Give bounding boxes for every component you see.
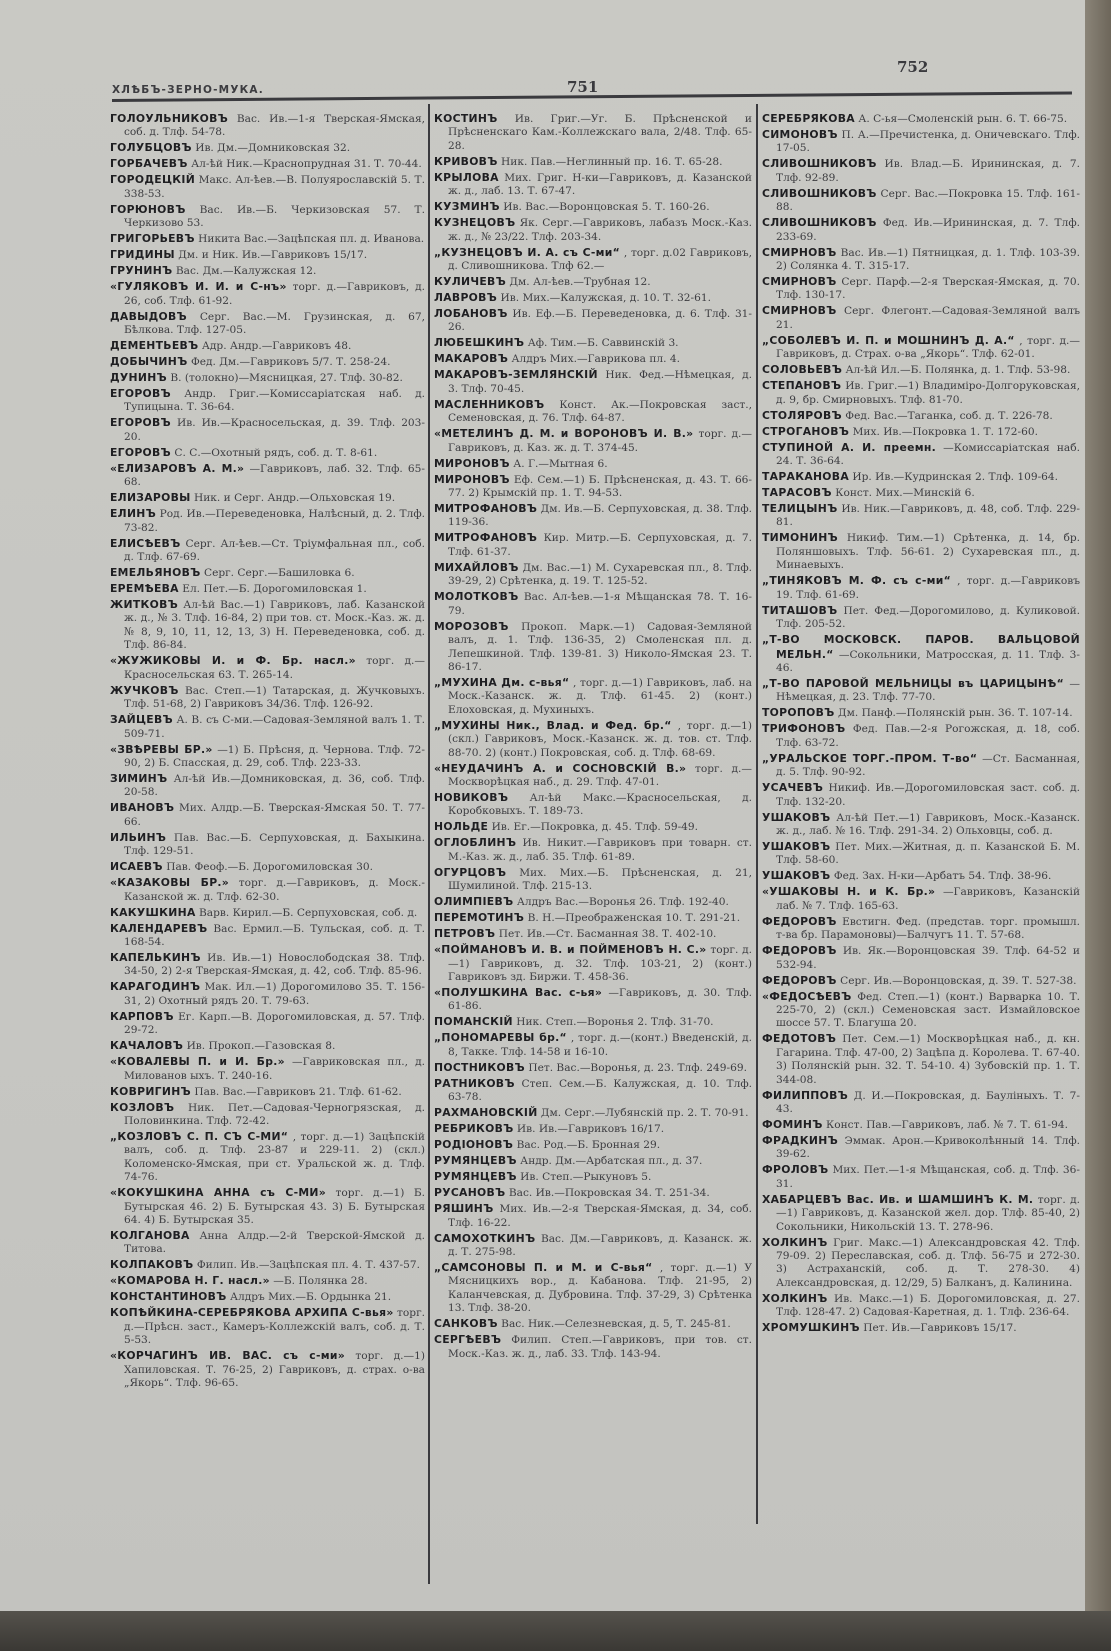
entry-name: ПОМАНСКІЙ: [434, 1015, 513, 1028]
entry-name: ЖУЧКОВЪ: [110, 684, 179, 697]
entry-details: Андр. Дм.—Арбатская пл., д. 37.: [520, 1155, 702, 1167]
entry-details: Ив. Ив.—Гавриковъ 16/17.: [517, 1123, 664, 1135]
entry-details: Ник. и Серг. Андр.—Ольховская 19.: [194, 492, 395, 504]
directory-entry: ПЕРЕМОТИНЪ В. Н.—Преображенская 10. Т. 2…: [434, 911, 752, 925]
directory-entry: УШАКОВЪ Ал-ѣй Пет.—1) Гавриковъ, Моск.-К…: [762, 811, 1080, 839]
entry-name: ГРИДИНЫ: [110, 248, 175, 261]
column-divider: [428, 104, 430, 1584]
entry-name: „ПОНОМАРЕВЫ бр.“: [434, 1031, 567, 1044]
page-number-right: 752: [897, 58, 928, 76]
entry-details: Род. Ив.—Переведеновка, Налѣсный, д. 2. …: [124, 508, 425, 533]
entry-name: НОВИКОВЪ: [434, 791, 508, 804]
entry-details: А. С-ья—Смоленскій рын. 6. Т. 66-75.: [858, 113, 1067, 125]
entry-details: Пав. Вас.—Б. Серпуховская, д. Бахыкина. …: [124, 832, 425, 857]
entry-name: МАКАРОВЪ-ЗЕМЛЯНСКІЙ: [434, 368, 598, 381]
page-number-left: 751: [567, 78, 598, 96]
directory-entry: ГРИГОРЬЕВЪ Никита Вас.—Зацѣпская пл. д. …: [110, 232, 425, 246]
directory-entry: МИТРОФАНОВЪ Дм. Ив.—Б. Серпуховская, д. …: [434, 502, 752, 530]
directory-entry: КУЗНЕЦОВЪ Як. Серг.—Гавриковъ, лабазъ Мо…: [434, 216, 752, 244]
entry-name: ОЛИМПІЕВЪ: [434, 895, 513, 908]
entry-name: ТАРАСОВЪ: [762, 486, 832, 499]
entry-name: СТОЛЯРОВЪ: [762, 409, 842, 422]
entry-name: ЛОБАНОВЪ: [434, 307, 508, 320]
directory-entry: „КУЗНЕЦОВЪ И. А. съ С-ми“ , торг. д.02 Г…: [434, 246, 752, 274]
directory-entry: ОГЛОБЛИНЪ Ив. Никит.—Гавриковъ при товар…: [434, 836, 752, 864]
entry-name: ГОРБАЧЕВЪ: [110, 157, 188, 170]
entry-name: МИТРОФАНОВЪ: [434, 502, 537, 515]
directory-entry: ЕЛИСѢЕВЪ Серг. Ал-ѣев.—Ст. Тріумфальная …: [110, 537, 425, 565]
directory-entry: ГРУНИНЪ Вас. Дм.—Калужская 12.: [110, 264, 425, 278]
directory-entry: „Т-ВО ПАРОВОЙ МЕЛЬНИЦЫ въ ЦАРИЦЫНѢ“ —Нѣм…: [762, 677, 1080, 705]
entry-name: КАПЕЛЬКИНЪ: [110, 951, 201, 964]
directory-entry: «МЕТЕЛИНЪ Д. М. и ВОРОНОВЪ И. В.» торг. …: [434, 427, 752, 455]
directory-entry: КУЗМИНЪ Ив. Вас.—Воронцовская 5. Т. 160-…: [434, 200, 752, 214]
entry-name: СТУПИНОЙ А. И. преемн.: [762, 441, 936, 454]
directory-entry: ГРИДИНЫ Дм. и Ник. Ив.—Гавриковъ 15/17.: [110, 248, 425, 262]
entry-name: «КОМАРОВА Н. Г. насл.»: [110, 1274, 270, 1287]
directory-entry: УШАКОВЪ Пет. Мих.—Житная, д. п. Казанско…: [762, 840, 1080, 868]
directory-column-2: КОСТИНЪ Ив. Григ.—Уг. Б. Прѣсненской и П…: [434, 112, 752, 1592]
entry-name: КАЧАЛОВЪ: [110, 1039, 183, 1052]
entry-details: Вас. Ник.—Селезневская, д. 5, Т. 245-81.: [501, 1318, 731, 1330]
entry-name: СОЛОВЬЕВЪ: [762, 363, 842, 376]
entry-name: САНКОВЪ: [434, 1317, 498, 1330]
entry-details: Ив. Дм.—Домниковская 32.: [195, 142, 350, 154]
entry-name: „МУХИНЫ Ник., Влад. и Фед. бр.“: [434, 719, 672, 732]
directory-entry: „ТИНЯКОВЪ М. Ф. съ с-ми“ , торг. д.—Гавр…: [762, 574, 1080, 602]
entry-name: ХАБАРЦЕВЪ Вас. Ив. и ШАМШИНЪ К. М.: [762, 1193, 1033, 1206]
entry-details: Ник. Пав.—Неглинный пр. 16. Т. 65-28.: [501, 156, 722, 168]
directory-entry: ФЕДОРОВЪ Ив. Як.—Воронцовская 39. Тлф. 6…: [762, 944, 1080, 972]
entry-name: СМИРНОВЪ: [762, 246, 837, 259]
entry-name: КОЗЛОВЪ: [110, 1101, 174, 1114]
entry-details: Конст. Мих.—Минскій 6.: [835, 487, 974, 499]
entry-name: ПЕРЕМОТИНЪ: [434, 911, 524, 924]
entry-name: «ФЕДОСѢЕВЪ: [762, 990, 852, 1003]
directory-entry: СОЛОВЬЕВЪ Ал-ѣй Ил.—Б. Полянка, д. 1. Тл…: [762, 363, 1080, 377]
entry-name: ТЕЛИЦЫНЪ: [762, 502, 838, 515]
entry-name: ХОЛКИНЪ: [762, 1236, 828, 1249]
directory-entry: КОВРИГИНЪ Пав. Вас.—Гавриковъ 21. Тлф. 6…: [110, 1085, 425, 1099]
directory-entry: МОЛОТКОВЪ Вас. Ал-ѣев.—1-я Мѣщанская 78.…: [434, 590, 752, 618]
directory-entry: ЛЮБЕШКИНЪ Аф. Тим.—Б. Саввинскій 3.: [434, 336, 752, 350]
directory-column-1: ГОЛОУЛЬНИКОВЪ Вас. Ив.—1-я Тверская-Ямск…: [110, 112, 425, 1592]
entry-name: ПЕТРОВЪ: [434, 927, 495, 940]
directory-entry: ФЕДОТОВЪ Пет. Сем.—1) Москворѣцкая наб.,…: [762, 1032, 1080, 1087]
directory-entry: ЖУЧКОВЪ Вас. Степ.—1) Татарская, д. Жучк…: [110, 684, 425, 712]
entry-name: ФИЛИППОВЪ: [762, 1089, 848, 1102]
entry-details: Ив. Прокоп.—Газовская 8.: [187, 1040, 336, 1052]
directory-entry: «КОМАРОВА Н. Г. насл.» —Б. Полянка 28.: [110, 1274, 425, 1288]
directory-entry: ГОЛУБЦОВЪ Ив. Дм.—Домниковская 32.: [110, 141, 425, 155]
directory-entry: УСАЧЕВЪ Никиф. Ив.—Дорогомиловская заст.…: [762, 781, 1080, 809]
entry-name: «ГУЛЯКОВЪ И. И. и С-нъ»: [110, 280, 287, 293]
entry-name: ФЕДОРОВЪ: [762, 915, 837, 928]
entry-name: КОНСТАНТИНОВЪ: [110, 1290, 227, 1303]
entry-name: КОСТИНЪ: [434, 112, 498, 125]
entry-details: В. Н.—Преображенская 10. Т. 291-21.: [528, 912, 741, 924]
directory-entry: МИТРОФАНОВЪ Кир. Митр.—Б. Серпуховская, …: [434, 531, 752, 559]
entry-name: ИЛЬИНЪ: [110, 831, 166, 844]
directory-entry: САНКОВЪ Вас. Ник.—Селезневская, д. 5, Т.…: [434, 1317, 752, 1331]
directory-entry: КОЗЛОВЪ Ник. Пет.—Садовая-Черногрязская,…: [110, 1101, 425, 1129]
directory-entry: КОСТИНЪ Ив. Григ.—Уг. Б. Прѣсненской и П…: [434, 112, 752, 153]
entry-name: УСАЧЕВЪ: [762, 781, 823, 794]
entry-name: ЗАЙЦЕВЪ: [110, 713, 173, 726]
entry-details: Алдръ Мих.—Б. Ордынка 21.: [230, 1291, 391, 1303]
directory-entry: СМИРНОВЪ Вас. Ив.—1) Пятницкая, д. 1. Тл…: [762, 246, 1080, 274]
entry-details: Ив. Мих.—Калужская, д. 10. Т. 32-61.: [501, 292, 711, 304]
entry-details: Филип. Ив.—Зацѣпская пл. 4. Т. 437-57.: [197, 1259, 420, 1271]
directory-entry: МОРОЗОВЪ Прокоп. Марк.—1) Садовая-Землян…: [434, 620, 752, 675]
entry-name: „САМСОНОВЫ П. и М. и С-вья“: [434, 1261, 653, 1274]
directory-entry: РЕБРИКОВЪ Ив. Ив.—Гавриковъ 16/17.: [434, 1122, 752, 1136]
directory-entry: „ПОНОМАРЕВЫ бр.“ , торг. д.—(конт.) Введ…: [434, 1031, 752, 1059]
directory-entry: КРИВОВЪ Ник. Пав.—Неглинный пр. 16. Т. 6…: [434, 155, 752, 169]
entry-name: КАЛЕНДАРЕВЪ: [110, 922, 208, 935]
entry-name: ХРОМУШКИНЪ: [762, 1321, 860, 1334]
entry-name: ГРИГОРЬЕВЪ: [110, 232, 195, 245]
directory-entry: МАКАРОВЪ-ЗЕМЛЯНСКІЙ Ник. Фед.—Нѣмецкая, …: [434, 368, 752, 396]
entry-details: Ив. Ег.—Покровка, д. 45. Тлф. 59-49.: [492, 821, 698, 833]
directory-entry: МИРОНОВЪ Еф. Сем.—1) Б. Прѣсненская, д. …: [434, 473, 752, 501]
directory-entry: «ПОЙМАНОВЪ И. В. и ПОЙМЕНОВЪ Н. С.» торг…: [434, 943, 752, 984]
entry-name: МИРОНОВЪ: [434, 473, 510, 486]
entry-name: РУСАНОВЪ: [434, 1186, 506, 1199]
entry-details: В. (толокно)—Мясницкая, 27. Тлф. 30-82.: [170, 372, 402, 384]
entry-name: ИСАЕВЪ: [110, 860, 163, 873]
directory-entry: ТРИФОНОВЪ Фед. Пав.—2-я Рогожская, д. 18…: [762, 722, 1080, 750]
entry-details: Ел. Пет.—Б. Дорогомиловская 1.: [182, 583, 367, 595]
entry-details: Варв. Кирил.—Б. Серпуховская, соб. д.: [199, 907, 417, 919]
directory-entry: СТРОГАНОВЪ Мих. Ив.—Покровка 1. Т. 172-6…: [762, 425, 1080, 439]
entry-details: Мих. Ив.—Покровка 1. Т. 172-60.: [853, 426, 1038, 438]
directory-entry: КОЛГАНОВА Анна Алдр.—2-й Тверской-Ямской…: [110, 1229, 425, 1257]
entry-name: РЯШИНЪ: [434, 1202, 494, 1215]
directory-entry: ХОЛКИНЪ Григ. Макс.—1) Александровская 4…: [762, 1236, 1080, 1291]
entry-details: Никита Вас.—Зацѣпская пл. д. Иванова.: [198, 233, 424, 245]
entry-name: КОВРИГИНЪ: [110, 1085, 191, 1098]
entry-name: РУМЯНЦЕВЪ: [434, 1170, 517, 1183]
directory-entry: ЛОБАНОВЪ Ив. Еф.—Б. Переведеновка, д. 6.…: [434, 307, 752, 335]
entry-details: Пет. Ив.—Гавриковъ 15/17.: [863, 1322, 1016, 1334]
entry-name: ХОЛКИНЪ: [762, 1292, 828, 1305]
directory-entry: «ПОЛУШКИНА Вас. с-ья» —Гавриковъ, д. 30.…: [434, 986, 752, 1014]
directory-entry: ТАРАКАНОВА Ир. Ив.—Кудринская 2. Тлф. 10…: [762, 470, 1080, 484]
entry-name: КАРПОВЪ: [110, 1010, 174, 1023]
entry-name: ФОМИНЪ: [762, 1118, 823, 1131]
directory-entry: РЯШИНЪ Мих. Ив.—2-я Тверская-Ямская, д. …: [434, 1202, 752, 1230]
entry-name: ТОРОПОВЪ: [762, 706, 835, 719]
directory-entry: ЕЛИЗАРОВЫ Ник. и Серг. Андр.—Ольховская …: [110, 491, 425, 505]
directory-entry: „МУХИНЫ Ник., Влад. и Фед. бр.“ , торг. …: [434, 719, 752, 760]
entry-name: ГОЛОУЛЬНИКОВЪ: [110, 112, 228, 125]
directory-entry: ИЛЬИНЪ Пав. Вас.—Б. Серпуховская, д. Бах…: [110, 831, 425, 859]
directory-entry: «КОКУШКИНА АННА съ С-МИ» торг. д.—1) Б. …: [110, 1186, 425, 1227]
directory-entry: ХОЛКИНЪ Ив. Макс.—1) Б. Дорогомиловская,…: [762, 1292, 1080, 1320]
entry-name: ЕЛИСѢЕВЪ: [110, 537, 181, 550]
directory-entry: ДОБЫЧИНЪ Фед. Дм.—Гавриковъ 5/7. Т. 258-…: [110, 355, 425, 369]
entry-name: ДУНИНЪ: [110, 371, 167, 384]
directory-entry: ЗАЙЦЕВЪ А. В. съ С-ми.—Садовая-Земляной …: [110, 713, 425, 741]
directory-entry: ГОРЮНОВЪ Вас. Ив.—Б. Черкизовская 57. Т.…: [110, 203, 425, 231]
directory-entry: СЛИВОШНИКОВЪ Серг. Вас.—Покровка 15. Тлф…: [762, 187, 1080, 215]
entry-name: «ПОЛУШКИНА Вас. с-ья»: [434, 986, 602, 999]
directory-entry: „УРАЛЬСКОЕ ТОРГ.-ПРОМ. Т-во“ —Ст. Басман…: [762, 752, 1080, 780]
entry-name: „КУЗНЕЦОВЪ И. А. съ С-ми“: [434, 246, 620, 259]
entry-details: Ник. Степ.—Воронья 2. Тлф. 31-70.: [516, 1016, 713, 1028]
entry-name: УШАКОВЪ: [762, 840, 831, 853]
entry-name: ЕРЕМѢЕВА: [110, 582, 179, 595]
entry-details: Дм. Ал-ѣев.—Трубная 12.: [509, 276, 650, 288]
directory-entry: УШАКОВЪ Фед. Зах. Н-ки—Арбатъ 54. Тлф. 3…: [762, 869, 1080, 883]
entry-name: «ЕЛИЗАРОВЪ А. М.»: [110, 462, 244, 475]
entry-name: ЕМЕЛЬЯНОВЪ: [110, 566, 201, 579]
entry-name: КРЫЛОВА: [434, 171, 499, 184]
directory-entry: ОГУРЦОВЪ Мих. Мих.—Б. Прѣсненская, д. 21…: [434, 866, 752, 894]
directory-entry: ФЕДОРОВЪ Серг. Ив.—Воронцовская, д. 39. …: [762, 974, 1080, 988]
directory-entry: СМИРНОВЪ Серг. Флегонт.—Садовая-Земляной…: [762, 304, 1080, 332]
entry-name: «УШАКОВЫ Н. и К. Бр.»: [762, 885, 935, 898]
entry-name: «ЗВѢРЕВЫ БР.»: [110, 743, 213, 756]
directory-entry: САМОХОТКИНЪ Вас. Дм.—Гавриковъ, д. Казан…: [434, 1232, 752, 1260]
entry-name: „УРАЛЬСКОЕ ТОРГ.-ПРОМ. Т-во“: [762, 752, 977, 765]
directory-entry: КРЫЛОВА Мих. Григ. Н-ки—Гавриковъ, д. Ка…: [434, 171, 752, 199]
entry-name: «КОВАЛЕВЫ П. и И. Бр.»: [110, 1055, 285, 1068]
directory-entry: ДЕМЕНТЬЕВЪ Адр. Андр.—Гавриковъ 48.: [110, 339, 425, 353]
directory-entry: «ЕЛИЗАРОВЪ А. М.» —Гавриковъ, лаб. 32. Т…: [110, 462, 425, 490]
directory-entry: ФЕДОРОВЪ Евстигн. Фед. (представ. торг. …: [762, 915, 1080, 943]
entry-name: ЛЮБЕШКИНЪ: [434, 336, 524, 349]
entry-name: «ПОЙМАНОВЪ И. В. и ПОЙМЕНОВЪ Н. С.»: [434, 943, 707, 956]
entry-name: ЕГОРОВЪ: [110, 416, 171, 429]
entry-name: КРИВОВЪ: [434, 155, 498, 168]
directory-entry: ЕГОРОВЪ С. С.—Охотный рядъ, соб. д. Т. 8…: [110, 446, 425, 460]
entry-details: Алдръ Вас.—Воронья 26. Тлф. 192-40.: [517, 896, 729, 908]
directory-entry: КОЛПАКОВЪ Филип. Ив.—Зацѣпская пл. 4. Т.…: [110, 1258, 425, 1272]
entry-name: СИМОНОВЪ: [762, 128, 838, 141]
entry-name: СЕРГѢЕВЪ: [434, 1333, 501, 1346]
directory-entry: РУСАНОВЪ Вас. Ив.—Покровская 34. Т. 251-…: [434, 1186, 752, 1200]
running-head: ХЛѢБЪ-ЗЕРНО-МУКА.: [112, 84, 264, 96]
entry-details: Вас. Дм.—Калужская 12.: [176, 265, 317, 277]
entry-name: ДАВЫДОВЪ: [110, 310, 187, 323]
directory-column-3: СЕРЕБРЯКОВА А. С-ья—Смоленскій рын. 6. Т…: [762, 112, 1080, 1592]
directory-entry: ТИМОНИНЪ Никиф. Тим.—1) Срѣтенка, д. 14,…: [762, 531, 1080, 572]
directory-entry: ЗИМИНЪ Ал-ѣй Ив.—Домниковская, д. 36, со…: [110, 772, 425, 800]
entry-details: Адр. Андр.—Гавриковъ 48.: [202, 340, 351, 352]
entry-name: ТАРАКАНОВА: [762, 470, 849, 483]
directory-entry: СТОЛЯРОВЪ Фед. Вас.—Таганка, соб. д. Т. …: [762, 409, 1080, 423]
entry-details: Дм. Серг.—Лубянскій пр. 2. Т. 70-91.: [541, 1107, 749, 1119]
directory-entry: «УШАКОВЫ Н. и К. Бр.» —Гавриковъ, Казанс…: [762, 885, 1080, 913]
entry-name: ТИТАШОВЪ: [762, 604, 837, 617]
directory-entry: «КОВАЛЕВЫ П. и И. Бр.» —Гавриковская пл.…: [110, 1055, 425, 1083]
directory-entry: ЕРЕМѢЕВА Ел. Пет.—Б. Дорогомиловская 1.: [110, 582, 425, 596]
directory-entry: НОВИКОВЪ Ал-ѣй Макс.—Красносельская, д. …: [434, 791, 752, 819]
entry-name: ЛАВРОВЪ: [434, 291, 497, 304]
entry-name: «КОКУШКИНА АННА съ С-МИ»: [110, 1186, 326, 1199]
entry-name: „ТИНЯКОВЪ М. Ф. съ с-ми“: [762, 574, 951, 587]
directory-entry: ПОСТНИКОВЪ Пет. Вас.—Воронья, д. 23. Тлф…: [434, 1061, 752, 1075]
entry-details: Мих. Ив.—2-я Тверская-Ямская, д. 34, соб…: [448, 1203, 752, 1228]
entry-name: ЕЛИЗАРОВЫ: [110, 491, 191, 504]
entry-details: Ив. Степ.—Рыкуновъ 5.: [520, 1171, 651, 1183]
entry-name: „МУХИНА Дм. с-вья“: [434, 676, 569, 689]
directory-entry: МАКАРОВЪ Алдръ Мих.—Гавриковa пл. 4.: [434, 352, 752, 366]
entry-name: «КАЗАКОВЫ БР.»: [110, 876, 229, 889]
directory-entry: ГОРОДЕЦКІЙ Макс. Ал-ѣев.—В. Полуярославс…: [110, 173, 425, 201]
entry-name: СЛИВОШНИКОВЪ: [762, 157, 877, 170]
directory-entry: СЕРГѢЕВЪ Филип. Степ.—Гавриковъ, при тов…: [434, 1333, 752, 1361]
entry-details: Пет. Ив.—Ст. Басманная 38. Т. 402-10.: [499, 928, 717, 940]
directory-page: ХЛѢБЪ-ЗЕРНО-МУКА. 751 752 ГОЛОУЛЬНИКОВЪ …: [0, 0, 1085, 1611]
directory-entry: ЖИТКОВЪ Ал-ѣй Вас.—1) Гавриковъ, лаб. Ка…: [110, 598, 425, 653]
entry-name: МИТРОФАНОВЪ: [434, 531, 537, 544]
entry-name: ФРАДКИНЪ: [762, 1134, 838, 1147]
directory-entry: ФРАДКИНЪ Эммак. Арон.—Кривоколѣнный 14. …: [762, 1134, 1080, 1162]
directory-entry: РОДІОНОВЪ Вас. Род.—Б. Бронная 29.: [434, 1138, 752, 1152]
directory-entry: СИМОНОВЪ П. А.—Пречистенка, д. Оничевска…: [762, 128, 1080, 156]
directory-entry: ДУНИНЪ В. (толокно)—Мясницкая, 27. Тлф. …: [110, 371, 425, 385]
entry-name: ГОЛУБЦОВЪ: [110, 141, 192, 154]
directory-entry: „Т-ВО МОСКОВСК. ПАРОВ. ВАЛЬЦОВОЙ МЕЛЬН.“…: [762, 633, 1080, 675]
entry-name: ДОБЫЧИНЪ: [110, 355, 188, 368]
entry-name: РУМЯНЦЕВЪ: [434, 1154, 517, 1167]
directory-entry: ТАРАСОВЪ Конст. Мих.—Минскій 6.: [762, 486, 1080, 500]
entry-name: РАТНИКОВЪ: [434, 1077, 515, 1090]
entry-details: Пет. Вас.—Воронья, д. 23. Тлф. 249-69.: [528, 1062, 747, 1074]
entry-name: ГОРЮНОВЪ: [110, 203, 186, 216]
column-divider: [756, 104, 758, 1524]
entry-name: „КОЗЛОВЪ С. П. СЪ С-МИ“: [110, 1130, 288, 1143]
directory-entry: ПЕТРОВЪ Пет. Ив.—Ст. Басманная 38. Т. 40…: [434, 927, 752, 941]
directory-entry: РУМЯНЦЕВЪ Ив. Степ.—Рыкуновъ 5.: [434, 1170, 752, 1184]
entry-name: СТРОГАНОВЪ: [762, 425, 849, 438]
directory-entry: «ЗВѢРЕВЫ БР.» —1) Б. Прѣсня, д. Чернова.…: [110, 743, 425, 771]
directory-entry: СЛИВОШНИКОВЪ Ив. Влад.—Б. Ирининская, д.…: [762, 157, 1080, 185]
entry-name: «КОРЧАГИНЪ ИВ. ВАС. съ с-ми»: [110, 1349, 345, 1362]
entry-name: МИХАЙЛОВЪ: [434, 561, 519, 574]
entry-name: КОПѢЙКИНА-СЕРЕБРЯКОВА АРХИПА С-вья»: [110, 1306, 394, 1319]
directory-entry: «ГУЛЯКОВЪ И. И. и С-нъ» торг. д.—Гаврико…: [110, 280, 425, 308]
book-edge: [1085, 0, 1111, 1651]
directory-entry: ИВАНОВЪ Мих. Алдр.—Б. Тверская-Ямская 50…: [110, 801, 425, 829]
entry-name: САМОХОТКИНЪ: [434, 1232, 535, 1245]
entry-name: КОЛПАКОВЪ: [110, 1258, 193, 1271]
entry-name: СЛИВОШНИКОВЪ: [762, 187, 877, 200]
entry-details: Серг. Серг.—Башиловка 6.: [204, 567, 355, 579]
directory-entry: МИХАЙЛОВЪ Дм. Вас.—1) М. Сухаревская пл.…: [434, 561, 752, 589]
directory-entry: ХРОМУШКИНЪ Пет. Ив.—Гавриковъ 15/17.: [762, 1321, 1080, 1335]
entry-name: ТИМОНИНЪ: [762, 531, 838, 544]
entry-name: ОГУРЦОВЪ: [434, 866, 506, 879]
directory-entry: „КОЗЛОВЪ С. П. СЪ С-МИ“ , торг. д.—1) За…: [110, 1130, 425, 1185]
entry-details: Ал-ѣй Ив.—Домниковская, д. 36, соб. Тлф.…: [124, 773, 425, 798]
entry-name: КОЛГАНОВА: [110, 1229, 190, 1242]
entry-name: НОЛЬДЕ: [434, 820, 488, 833]
entry-details: Пав. Вас.—Гавриковъ 21. Тлф. 61-62.: [194, 1086, 401, 1098]
directory-entry: «ФЕДОСѢЕВЪ Фед. Степ.—1) (конт.) Варварк…: [762, 990, 1080, 1031]
entry-name: МОЛОТКОВЪ: [434, 590, 519, 603]
entry-name: «ЖУЖИКОВЫ И. и Ф. Бр. насл.»: [110, 654, 356, 667]
entry-name: КУЗМИНЪ: [434, 200, 500, 213]
entry-name: РАХМАНОВСКІЙ: [434, 1106, 538, 1119]
directory-entry: КАПЕЛЬКИНЪ Ив. Ив.—1) Новослободская 38.…: [110, 951, 425, 979]
directory-entry: ПОМАНСКІЙ Ник. Степ.—Воронья 2. Тлф. 31-…: [434, 1015, 752, 1029]
entry-name: ФЕДОРОВЪ: [762, 974, 837, 987]
entry-details: Фед. Вас.—Таганка, соб. д. Т. 226-78.: [845, 410, 1052, 422]
entry-name: ФРОЛОВЪ: [762, 1163, 828, 1176]
entry-name: ОГЛОБЛИНЪ: [434, 836, 516, 849]
entry-name: ЕГОРОВЪ: [110, 387, 171, 400]
entry-name: ФЕДОРОВЪ: [762, 944, 837, 957]
bottom-shadow: [0, 1611, 1111, 1651]
entry-name: КАКУШКИНА: [110, 906, 196, 919]
directory-entry: КАКУШКИНА Варв. Кирил.—Б. Серпуховская, …: [110, 906, 425, 920]
directory-entry: ЛАВРОВЪ Ив. Мих.—Калужская, д. 10. Т. 32…: [434, 291, 752, 305]
directory-entry: ДАВЫДОВЪ Серг. Вас.—М. Грузинская, д. 67…: [110, 310, 425, 338]
entry-name: СТЕПАНОВЪ: [762, 379, 841, 392]
directory-entry: РАХМАНОВСКІЙ Дм. Серг.—Лубянскій пр. 2. …: [434, 1106, 752, 1120]
entry-name: ЕЛИНЪ: [110, 507, 156, 520]
directory-entry: „СОБОЛЕВЪ И. П. и МОШНИНЪ Д. А.“ , торг.…: [762, 334, 1080, 362]
entry-name: ГОРОДЕЦКІЙ: [110, 173, 195, 186]
entry-details: —Б. Полянка 28.: [273, 1275, 367, 1287]
entry-name: ЗИМИНЪ: [110, 772, 167, 785]
entry-details: Вас. Ив.—Покровская 34. Т. 251-34.: [509, 1187, 710, 1199]
entry-name: МАКАРОВЪ: [434, 352, 508, 365]
directory-entry: ОЛИМПІЕВЪ Алдръ Вас.—Воронья 26. Тлф. 19…: [434, 895, 752, 909]
directory-entry: ТЕЛИЦЫНЪ Ив. Ник.—Гавриковъ, д. 48, соб.…: [762, 502, 1080, 530]
directory-entry: ТОРОПОВЪ Дм. Панф.—Полянскій рын. 36. Т.…: [762, 706, 1080, 720]
directory-entry: ГОРБАЧЕВЪ Ал-ѣй Ник.—Краснопрудная 31. Т…: [110, 157, 425, 171]
entry-details: Вас. Род.—Б. Бронная 29.: [517, 1139, 661, 1151]
directory-entry: РУМЯНЦЕВЪ Андр. Дм.—Арбатская пл., д. 37…: [434, 1154, 752, 1168]
entry-details: Ив. Вас.—Воронцовская 5. Т. 160-26.: [503, 201, 709, 213]
directory-entry: „МУХИНА Дм. с-вья“ , торг. д.—1) Гаврико…: [434, 676, 752, 717]
entry-name: ПОСТНИКОВЪ: [434, 1061, 525, 1074]
entry-details: Аф. Тим.—Б. Саввинскій 3.: [528, 337, 679, 349]
directory-entry: ГОЛОУЛЬНИКОВЪ Вас. Ив.—1-я Тверская-Ямск…: [110, 112, 425, 140]
directory-entry: СТУПИНОЙ А. И. преемн. —Комиссаріатская …: [762, 441, 1080, 469]
entry-name: ГРУНИНЪ: [110, 264, 172, 277]
entry-name: РОДІОНОВЪ: [434, 1138, 513, 1151]
directory-entry: «ЖУЖИКОВЫ И. и Ф. Бр. насл.» торг. д.—Кр…: [110, 654, 425, 682]
directory-entry: КАЧАЛОВЪ Ив. Прокоп.—Газовская 8.: [110, 1039, 425, 1053]
entry-details: Серг. Ив.—Воронцовская, д. 39. Т. 527-38…: [840, 975, 1076, 987]
entry-details: Алдръ Мих.—Гавриковa пл. 4.: [512, 353, 680, 365]
entry-name: ДЕМЕНТЬЕВЪ: [110, 339, 199, 352]
directory-entry: КАЛЕНДАРЕВЪ Вас. Ермил.—Б. Тульская, соб…: [110, 922, 425, 950]
directory-entry: ЕГОРОВЪ Андр. Григ.—Комиссаріатская наб.…: [110, 387, 425, 415]
entry-details: Дм. и Ник. Ив.—Гавриковъ 15/17.: [178, 249, 367, 261]
entry-name: «МЕТЕЛИНЪ Д. М. и ВОРОНОВЪ И. В.»: [434, 427, 693, 440]
directory-entry: «НЕУДАЧИНЪ А. и СОСНОВСКІЙ В.» торг. д.—…: [434, 762, 752, 790]
directory-entry: КУЛИЧЕВЪ Дм. Ал-ѣев.—Трубная 12.: [434, 275, 752, 289]
directory-entry: СТЕПАНОВЪ Ив. Григ.—1) Владиміро-Долгору…: [762, 379, 1080, 407]
directory-entry: КОПѢЙКИНА-СЕРЕБРЯКОВА АРХИПА С-вья» торг…: [110, 1306, 425, 1347]
entry-name: КАРАГОДИНЪ: [110, 980, 200, 993]
entry-name: КУЛИЧЕВЪ: [434, 275, 506, 288]
directory-entry: КАРАГОДИНЪ Мак. Ил.—1) Дорогомилово 35. …: [110, 980, 425, 1008]
directory-entry: КАРПОВЪ Ег. Карп.—В. Дорогомиловская, д.…: [110, 1010, 425, 1038]
directory-entry: ИСАЕВЪ Пав. Феоф.—Б. Дорогомиловская 30.: [110, 860, 425, 874]
entry-details: Конст. Пав.—Гавриковъ, лаб. № 7. Т. 61-9…: [826, 1119, 1068, 1131]
entry-name: ЕГОРОВЪ: [110, 446, 171, 459]
directory-entry: НОЛЬДЕ Ив. Ег.—Покровка, д. 45. Тлф. 59-…: [434, 820, 752, 834]
directory-entry: ТИТАШОВЪ Пет. Фед.—Дорогомилово, д. Кули…: [762, 604, 1080, 632]
